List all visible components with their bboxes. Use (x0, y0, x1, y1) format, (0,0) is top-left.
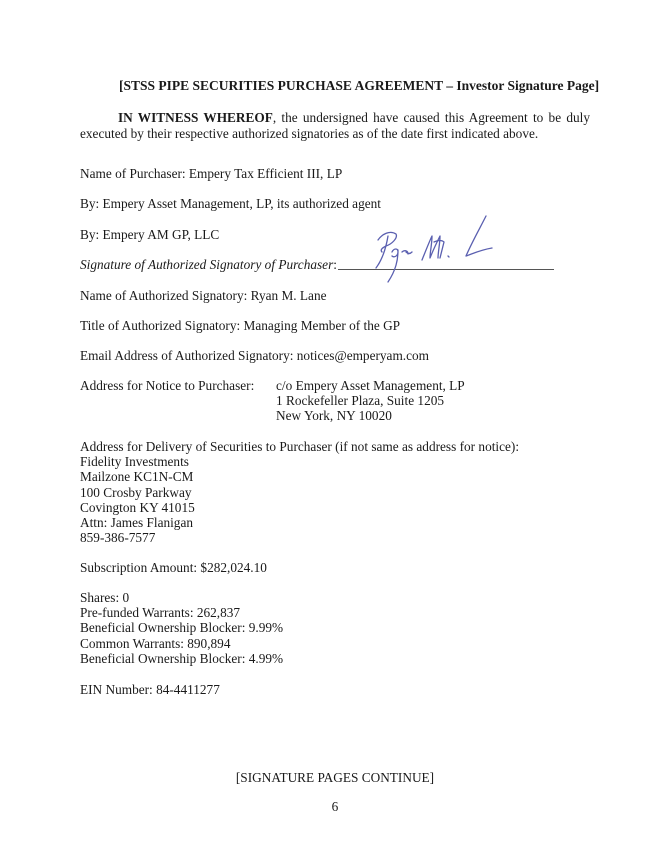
by-agent: By: Empery Asset Management, LP, its aut… (80, 196, 381, 211)
page-number: 6 (0, 799, 670, 814)
intro-bold-lead: IN WITNESS WHEREOF (118, 110, 273, 125)
delivery-section: Address for Delivery of Securities to Pu… (80, 439, 519, 545)
delivery-address-line: 859-386-7577 (80, 530, 519, 545)
signature-colon: : (333, 257, 337, 272)
delivery-label: Address for Delivery of Securities to Pu… (80, 439, 519, 454)
notice-address-line: c/o Empery Asset Management, LP (276, 378, 465, 393)
intro-paragraph: IN WITNESS WHEREOF, the undersigned have… (80, 110, 590, 142)
securities-item: Beneficial Ownership Blocker: 4.99% (80, 651, 283, 666)
securities-item: Common Warrants: 890,894 (80, 636, 283, 651)
delivery-address-line: Attn: James Flanigan (80, 515, 519, 530)
securities-item: Pre-funded Warrants: 262,837 (80, 605, 283, 620)
signatory-name: Name of Authorized Signatory: Ryan M. La… (80, 288, 327, 303)
signature-label-text: Signature of Authorized Signatory of Pur… (80, 257, 333, 272)
notice-label: Address for Notice to Purchaser: (80, 378, 254, 393)
securities-item: Beneficial Ownership Blocker: 9.99% (80, 620, 283, 635)
subscription-amount: Subscription Amount: $282,024.10 (80, 560, 267, 575)
delivery-address-line: Covington KY 41015 (80, 500, 519, 515)
notice-address: c/o Empery Asset Management, LP 1 Rockef… (276, 378, 465, 424)
signatory-email: Email Address of Authorized Signatory: n… (80, 348, 429, 363)
notice-address-line: New York, NY 10020 (276, 408, 465, 423)
delivery-address-line: Fidelity Investments (80, 454, 519, 469)
delivery-address-line: Mailzone KC1N-CM (80, 469, 519, 484)
ein-number: EIN Number: 84-4411277 (80, 682, 220, 697)
signature-label: Signature of Authorized Signatory of Pur… (80, 257, 337, 272)
notice-address-line: 1 Rockefeller Plaza, Suite 1205 (276, 393, 465, 408)
purchaser-name: Name of Purchaser: Empery Tax Efficient … (80, 166, 342, 181)
delivery-address-line: 100 Crosby Parkway (80, 485, 519, 500)
document-page: [STSS PIPE SECURITIES PURCHASE AGREEMENT… (0, 0, 670, 867)
securities-item: Shares: 0 (80, 590, 283, 605)
signatory-title: Title of Authorized Signatory: Managing … (80, 318, 400, 333)
by-gp: By: Empery AM GP, LLC (80, 227, 219, 242)
handwritten-signature (368, 212, 508, 290)
page-title: [STSS PIPE SECURITIES PURCHASE AGREEMENT… (119, 78, 599, 93)
signature-pages-continue: [SIGNATURE PAGES CONTINUE] (0, 770, 670, 785)
securities-list: Shares: 0 Pre-funded Warrants: 262,837 B… (80, 590, 283, 666)
